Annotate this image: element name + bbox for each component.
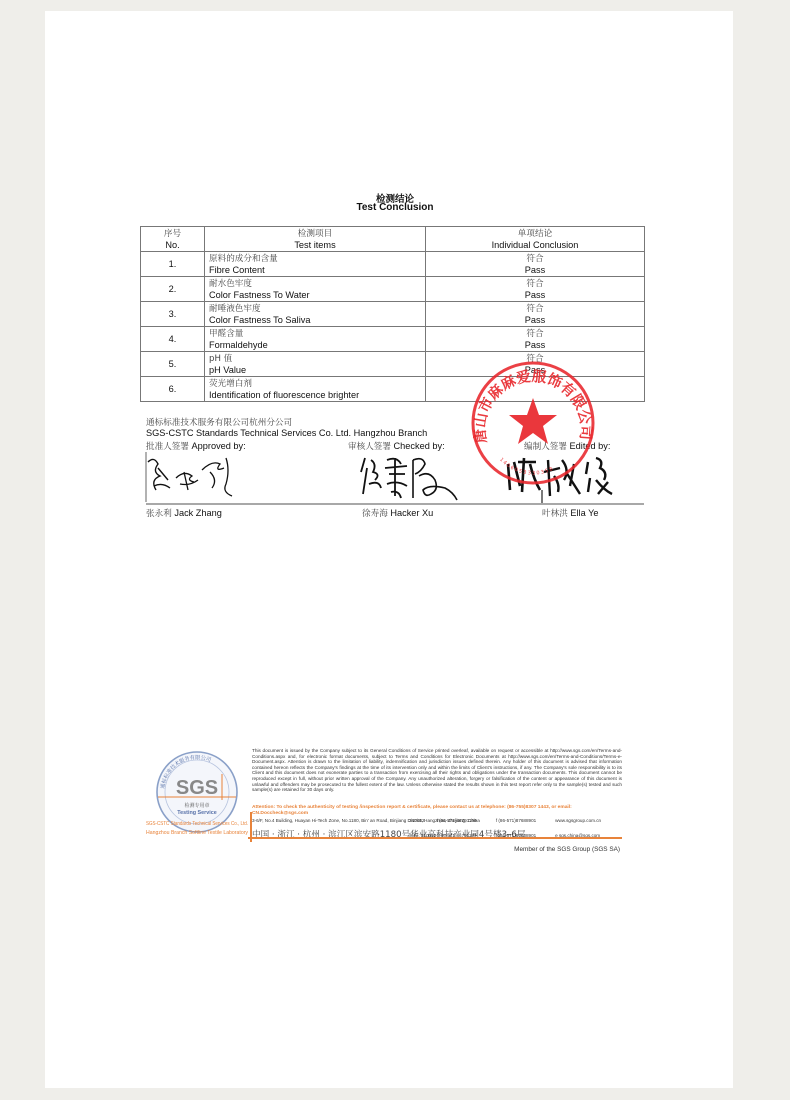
test-item: 耐唾液色牢度Color Fastness To Saliva xyxy=(205,302,426,327)
row-number: 3. xyxy=(141,302,205,327)
title-english: Test Conclusion xyxy=(0,202,790,213)
checker-name: 徐寿海 Hacker Xu xyxy=(362,507,433,519)
table-row: 3.耐唾液色牢度Color Fastness To Saliva符合Pass xyxy=(141,302,645,327)
footer-accent-line xyxy=(248,837,622,839)
table-row: 4.甲醛含量Formaldehyde符合Pass xyxy=(141,327,645,352)
test-item: 甲醛含量Formaldehyde xyxy=(205,327,426,352)
sgs-disclaimer: This document is issued by the Company s… xyxy=(252,748,622,793)
individual-conclusion: 符合Pass xyxy=(426,252,645,277)
company-name-en: SGS-CSTC Standards Technical Services Co… xyxy=(146,428,427,438)
test-item: pH 值pH Value xyxy=(205,352,426,377)
table-row: 2.耐水色牢度Color Fastness To Water符合Pass xyxy=(141,277,645,302)
company-seal-stamp: 唐山市麻麻爱服饰有限公司 1406053330358 xyxy=(468,358,598,488)
table-row: 1.原料的成分和含量Fibre Content符合Pass xyxy=(141,252,645,277)
table-header-row: 序号No. 检测项目Test items 单项结论Individual Conc… xyxy=(141,227,645,252)
test-item: 原料的成分和含量Fibre Content xyxy=(205,252,426,277)
svg-text:SGS-CSTC Standards Technical S: SGS-CSTC Standards Technical Services Co… xyxy=(146,821,248,827)
svg-text:Hangzhou Branch Softline Texti: Hangzhou Branch Softline Textile Laborat… xyxy=(146,830,248,836)
sgs-testing-service-seal: 通标标准技术服务有限公司 SGS 检测专用章 Testing Service S… xyxy=(146,748,248,840)
authenticity-attention: Attention: To check the authenticity of … xyxy=(252,805,622,817)
row-number: 6. xyxy=(141,377,205,402)
individual-conclusion: 符合Pass xyxy=(426,277,645,302)
document-page xyxy=(45,11,733,1088)
signature-divider xyxy=(146,503,644,505)
svg-text:检测专用章: 检测专用章 xyxy=(184,802,209,809)
header-conclusion: 单项结论Individual Conclusion xyxy=(426,227,645,252)
individual-conclusion: 符合Pass xyxy=(426,327,645,352)
company-name-cn: 通标标准技术服务有限公司杭州分公司 xyxy=(146,416,292,428)
header-test-items: 检测项目Test items xyxy=(205,227,426,252)
svg-text:SGS: SGS xyxy=(176,777,218,799)
sgs-member-text: Member of the SGS Group (SGS SA) xyxy=(480,846,620,853)
editor-name: 叶林洪 Ella Ye xyxy=(542,507,598,519)
star-icon xyxy=(509,398,557,444)
approver-name: 张永利 Jack Zhang xyxy=(146,507,222,519)
row-number: 2. xyxy=(141,277,205,302)
address-english: 3-6/F, No.4 Building, Huayan Hi-Tech Zon… xyxy=(252,818,601,823)
row-number: 5. xyxy=(141,352,205,377)
svg-text:Testing Service: Testing Service xyxy=(177,810,216,816)
individual-conclusion: 符合Pass xyxy=(426,302,645,327)
svg-text:1406053330358: 1406053330358 xyxy=(498,457,555,477)
checker-signature xyxy=(355,450,465,504)
test-item: 荧光增白剂Identification of fluorescence brig… xyxy=(205,377,426,402)
row-number: 1. xyxy=(141,252,205,277)
approver-signature xyxy=(140,450,250,504)
header-no: 序号No. xyxy=(141,227,205,252)
test-item: 耐水色牢度Color Fastness To Water xyxy=(205,277,426,302)
row-number: 4. xyxy=(141,327,205,352)
